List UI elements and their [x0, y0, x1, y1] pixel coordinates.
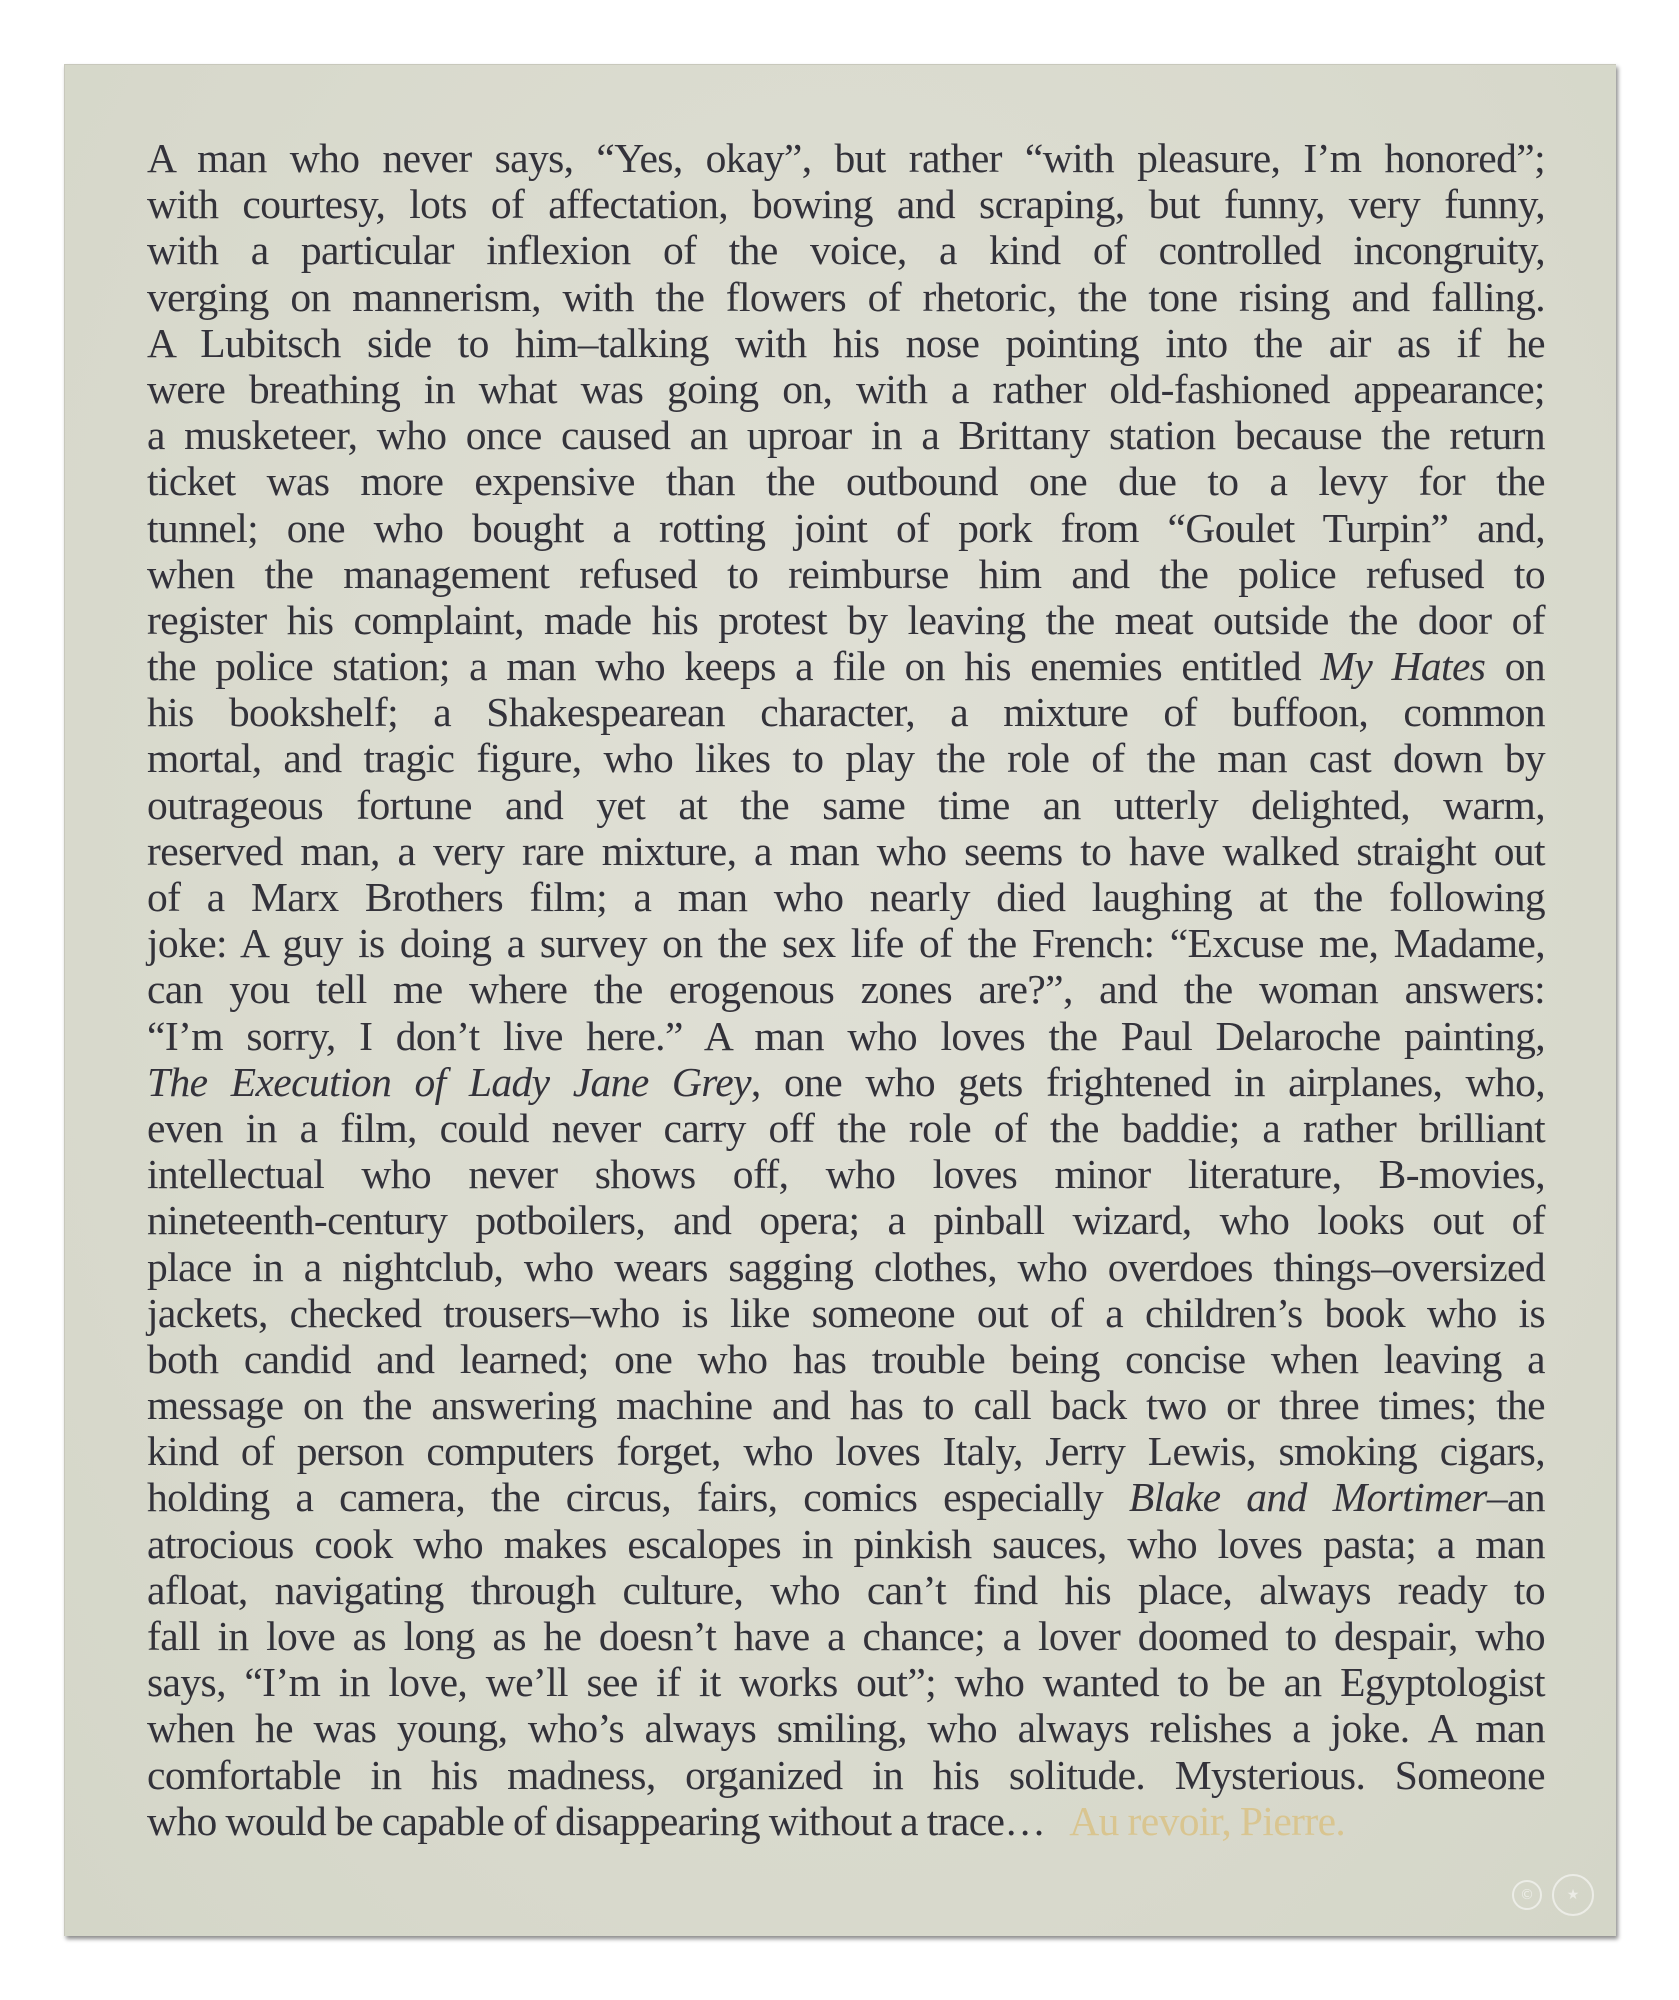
text-line: A Lubitsch side to him–talking with his …	[147, 320, 1545, 366]
text-line: “I’m sorry, I don’t live here.” A man wh…	[147, 1013, 1545, 1059]
text-segment: says, “I’m in love, we’ll see if it work…	[147, 1659, 1545, 1705]
text-line: mortal, and tragic figure, who likes to …	[147, 735, 1545, 781]
closing-farewell: Au revoir, Pierre.	[1069, 1798, 1345, 1844]
text-segment: holding a camera, the circus, fairs, com…	[147, 1474, 1129, 1520]
text-line: ticket was more expensive than the outbo…	[147, 458, 1545, 504]
text-segment: A man who never says, “Yes, okay”, but r…	[147, 135, 1545, 181]
text-line: outrageous fortune and yet at the same t…	[147, 782, 1545, 828]
italic-title: The Execution of Lady Jane Grey	[147, 1059, 751, 1105]
text-segment: a musketeer, who once caused an uproar i…	[147, 412, 1545, 458]
text-segment: verging on mannerism, with the flowers o…	[147, 274, 1545, 320]
text-segment: nineteenth-century potboilers, and opera…	[147, 1197, 1545, 1243]
text-segment: kind of person computers forget, who lov…	[147, 1428, 1545, 1474]
logo-emblem-icon: ★	[1552, 1874, 1594, 1916]
text-line: who would be capable of disappearing wit…	[147, 1798, 1545, 1844]
text-line: message on the answering machine and has…	[147, 1382, 1545, 1428]
paper-card: A man who never says, “Yes, okay”, but r…	[64, 64, 1616, 1936]
text-segment: the police station; a man who keeps a fi…	[147, 643, 1320, 689]
text-line: the police station; a man who keeps a fi…	[147, 643, 1545, 689]
text-segment: with courtesy, lots of affectation, bowi…	[147, 181, 1545, 227]
text-line: a musketeer, who once caused an uproar i…	[147, 412, 1545, 458]
text-segment: message on the answering machine and has…	[147, 1382, 1545, 1428]
text-line: even in a film, could never carry off th…	[147, 1105, 1545, 1151]
text-segment: atrocious cook who makes escalopes in pi…	[147, 1521, 1545, 1567]
text-line: joke: A guy is doing a survey on the sex…	[147, 920, 1545, 966]
text-segment: afloat, navigating through culture, who …	[147, 1567, 1545, 1613]
text-line: The Execution of Lady Jane Grey, one who…	[147, 1059, 1545, 1105]
text-line: kind of person computers forget, who lov…	[147, 1428, 1545, 1474]
text-segment: register his complaint, made his protest…	[147, 597, 1545, 643]
text-segment: A Lubitsch side to him–talking with his …	[147, 320, 1545, 366]
text-segment: when the management refused to reimburse…	[147, 551, 1545, 597]
text-line: intellectual who never shows off, who lo…	[147, 1151, 1545, 1197]
text-line: when the management refused to reimburse…	[147, 551, 1545, 597]
watermark-marks: © ★	[1512, 1880, 1594, 1916]
text-segment: place in a nightclub, who wears sagging …	[147, 1244, 1545, 1290]
text-segment: fall in love as long as he doesn’t have …	[147, 1613, 1545, 1659]
text-segment: even in a film, could never carry off th…	[147, 1105, 1545, 1151]
copyright-icon: ©	[1512, 1880, 1542, 1910]
text-segment: can you tell me where the erogenous zone…	[147, 966, 1545, 1012]
text-line: fall in love as long as he doesn’t have …	[147, 1613, 1545, 1659]
text-line: can you tell me where the erogenous zone…	[147, 966, 1545, 1012]
italic-title: Blake and Mortimer	[1129, 1474, 1487, 1520]
text-line: tunnel; one who bought a rotting joint o…	[147, 505, 1545, 551]
text-line: says, “I’m in love, we’ll see if it work…	[147, 1659, 1545, 1705]
text-segment: jackets, checked trousers–who is like so…	[147, 1290, 1545, 1336]
text-line: jackets, checked trousers–who is like so…	[147, 1290, 1545, 1336]
text-line: afloat, navigating through culture, who …	[147, 1567, 1545, 1613]
text-segment: –an	[1487, 1474, 1545, 1520]
text-line: reserved man, a very rare mixture, a man…	[147, 828, 1545, 874]
text-line: his bookshelf; a Shakespearean character…	[147, 689, 1545, 735]
text-segment: comfortable in his madness, organized in…	[147, 1752, 1545, 1798]
text-segment: “I’m sorry, I don’t live here.” A man wh…	[147, 1013, 1545, 1059]
text-line: comfortable in his madness, organized in…	[147, 1752, 1545, 1798]
text-segment: outrageous fortune and yet at the same t…	[147, 782, 1545, 828]
text-segment: who would be capable of disappearing wit…	[147, 1798, 1045, 1844]
text-segment: ticket was more expensive than the outbo…	[147, 458, 1545, 504]
text-line: nineteenth-century potboilers, and opera…	[147, 1197, 1545, 1243]
text-line: register his complaint, made his protest…	[147, 597, 1545, 643]
text-line: holding a camera, the circus, fairs, com…	[147, 1474, 1545, 1520]
text-segment: reserved man, a very rare mixture, a man…	[147, 828, 1545, 874]
text-segment: both candid and learned; one who has tro…	[147, 1336, 1545, 1382]
text-line: atrocious cook who makes escalopes in pi…	[147, 1521, 1545, 1567]
text-segment: mortal, and tragic figure, who likes to …	[147, 735, 1545, 781]
text-segment: with a particular inflexion of the voice…	[147, 227, 1545, 273]
text-line: place in a nightclub, who wears sagging …	[147, 1244, 1545, 1290]
text-line: verging on mannerism, with the flowers o…	[147, 274, 1545, 320]
text-line: when he was young, who’s always smiling,…	[147, 1705, 1545, 1751]
text-segment: his bookshelf; a Shakespearean character…	[147, 689, 1545, 735]
text-line: were breathing in what was going on, wit…	[147, 366, 1545, 412]
text-line: with a particular inflexion of the voice…	[147, 227, 1545, 273]
text-line: A man who never says, “Yes, okay”, but r…	[147, 135, 1545, 181]
text-line: of a Marx Brothers film; a man who nearl…	[147, 874, 1545, 920]
italic-title: My Hates	[1320, 643, 1485, 689]
text-line: both candid and learned; one who has tro…	[147, 1336, 1545, 1382]
text-segment: were breathing in what was going on, wit…	[147, 366, 1545, 412]
text-segment: when he was young, who’s always smiling,…	[147, 1705, 1545, 1751]
text-segment: , one who gets frightened in airplanes, …	[751, 1059, 1545, 1105]
tribute-text: A man who never says, “Yes, okay”, but r…	[147, 135, 1545, 1844]
text-segment: tunnel; one who bought a rotting joint o…	[147, 505, 1545, 551]
text-line: with courtesy, lots of affectation, bowi…	[147, 181, 1545, 227]
text-segment: intellectual who never shows off, who lo…	[147, 1151, 1545, 1197]
text-segment: of a Marx Brothers film; a man who nearl…	[147, 874, 1545, 920]
text-segment: on	[1485, 643, 1545, 689]
text-segment: joke: A guy is doing a survey on the sex…	[147, 920, 1545, 966]
